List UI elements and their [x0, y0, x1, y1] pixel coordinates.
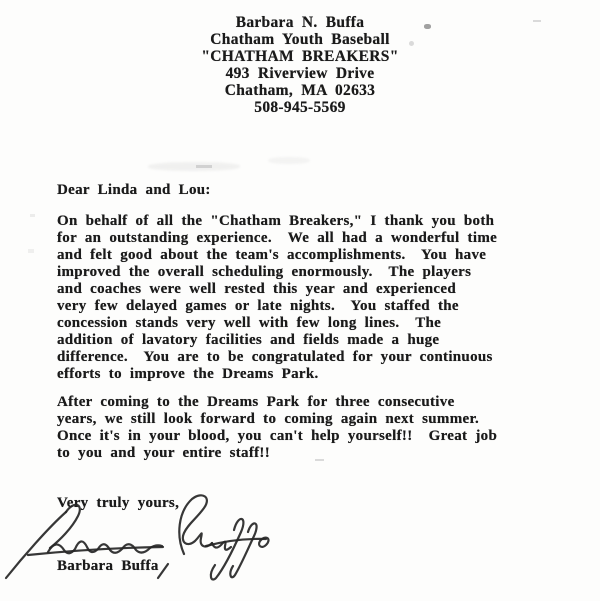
salutation: Dear Linda and Lou:: [57, 182, 211, 199]
body-paragraph-2: After coming to the Dreams Park for thre…: [57, 394, 562, 462]
scan-artifact: [28, 249, 34, 253]
scan-artifact: [147, 162, 240, 171]
letterhead: Barbara N. Buffa Chatham Youth Baseball …: [0, 14, 600, 116]
letter-page: Barbara N. Buffa Chatham Youth Baseball …: [0, 0, 600, 601]
scan-artifact: [268, 157, 310, 164]
scan-artifact: [30, 214, 35, 217]
signer-name-typed: Barbara Buffa: [57, 558, 159, 575]
body-paragraph-1: On behalf of all the "Chatham Breakers,"…: [57, 213, 562, 383]
scan-artifact: [196, 165, 212, 168]
closing: Very truly yours,: [57, 495, 179, 512]
